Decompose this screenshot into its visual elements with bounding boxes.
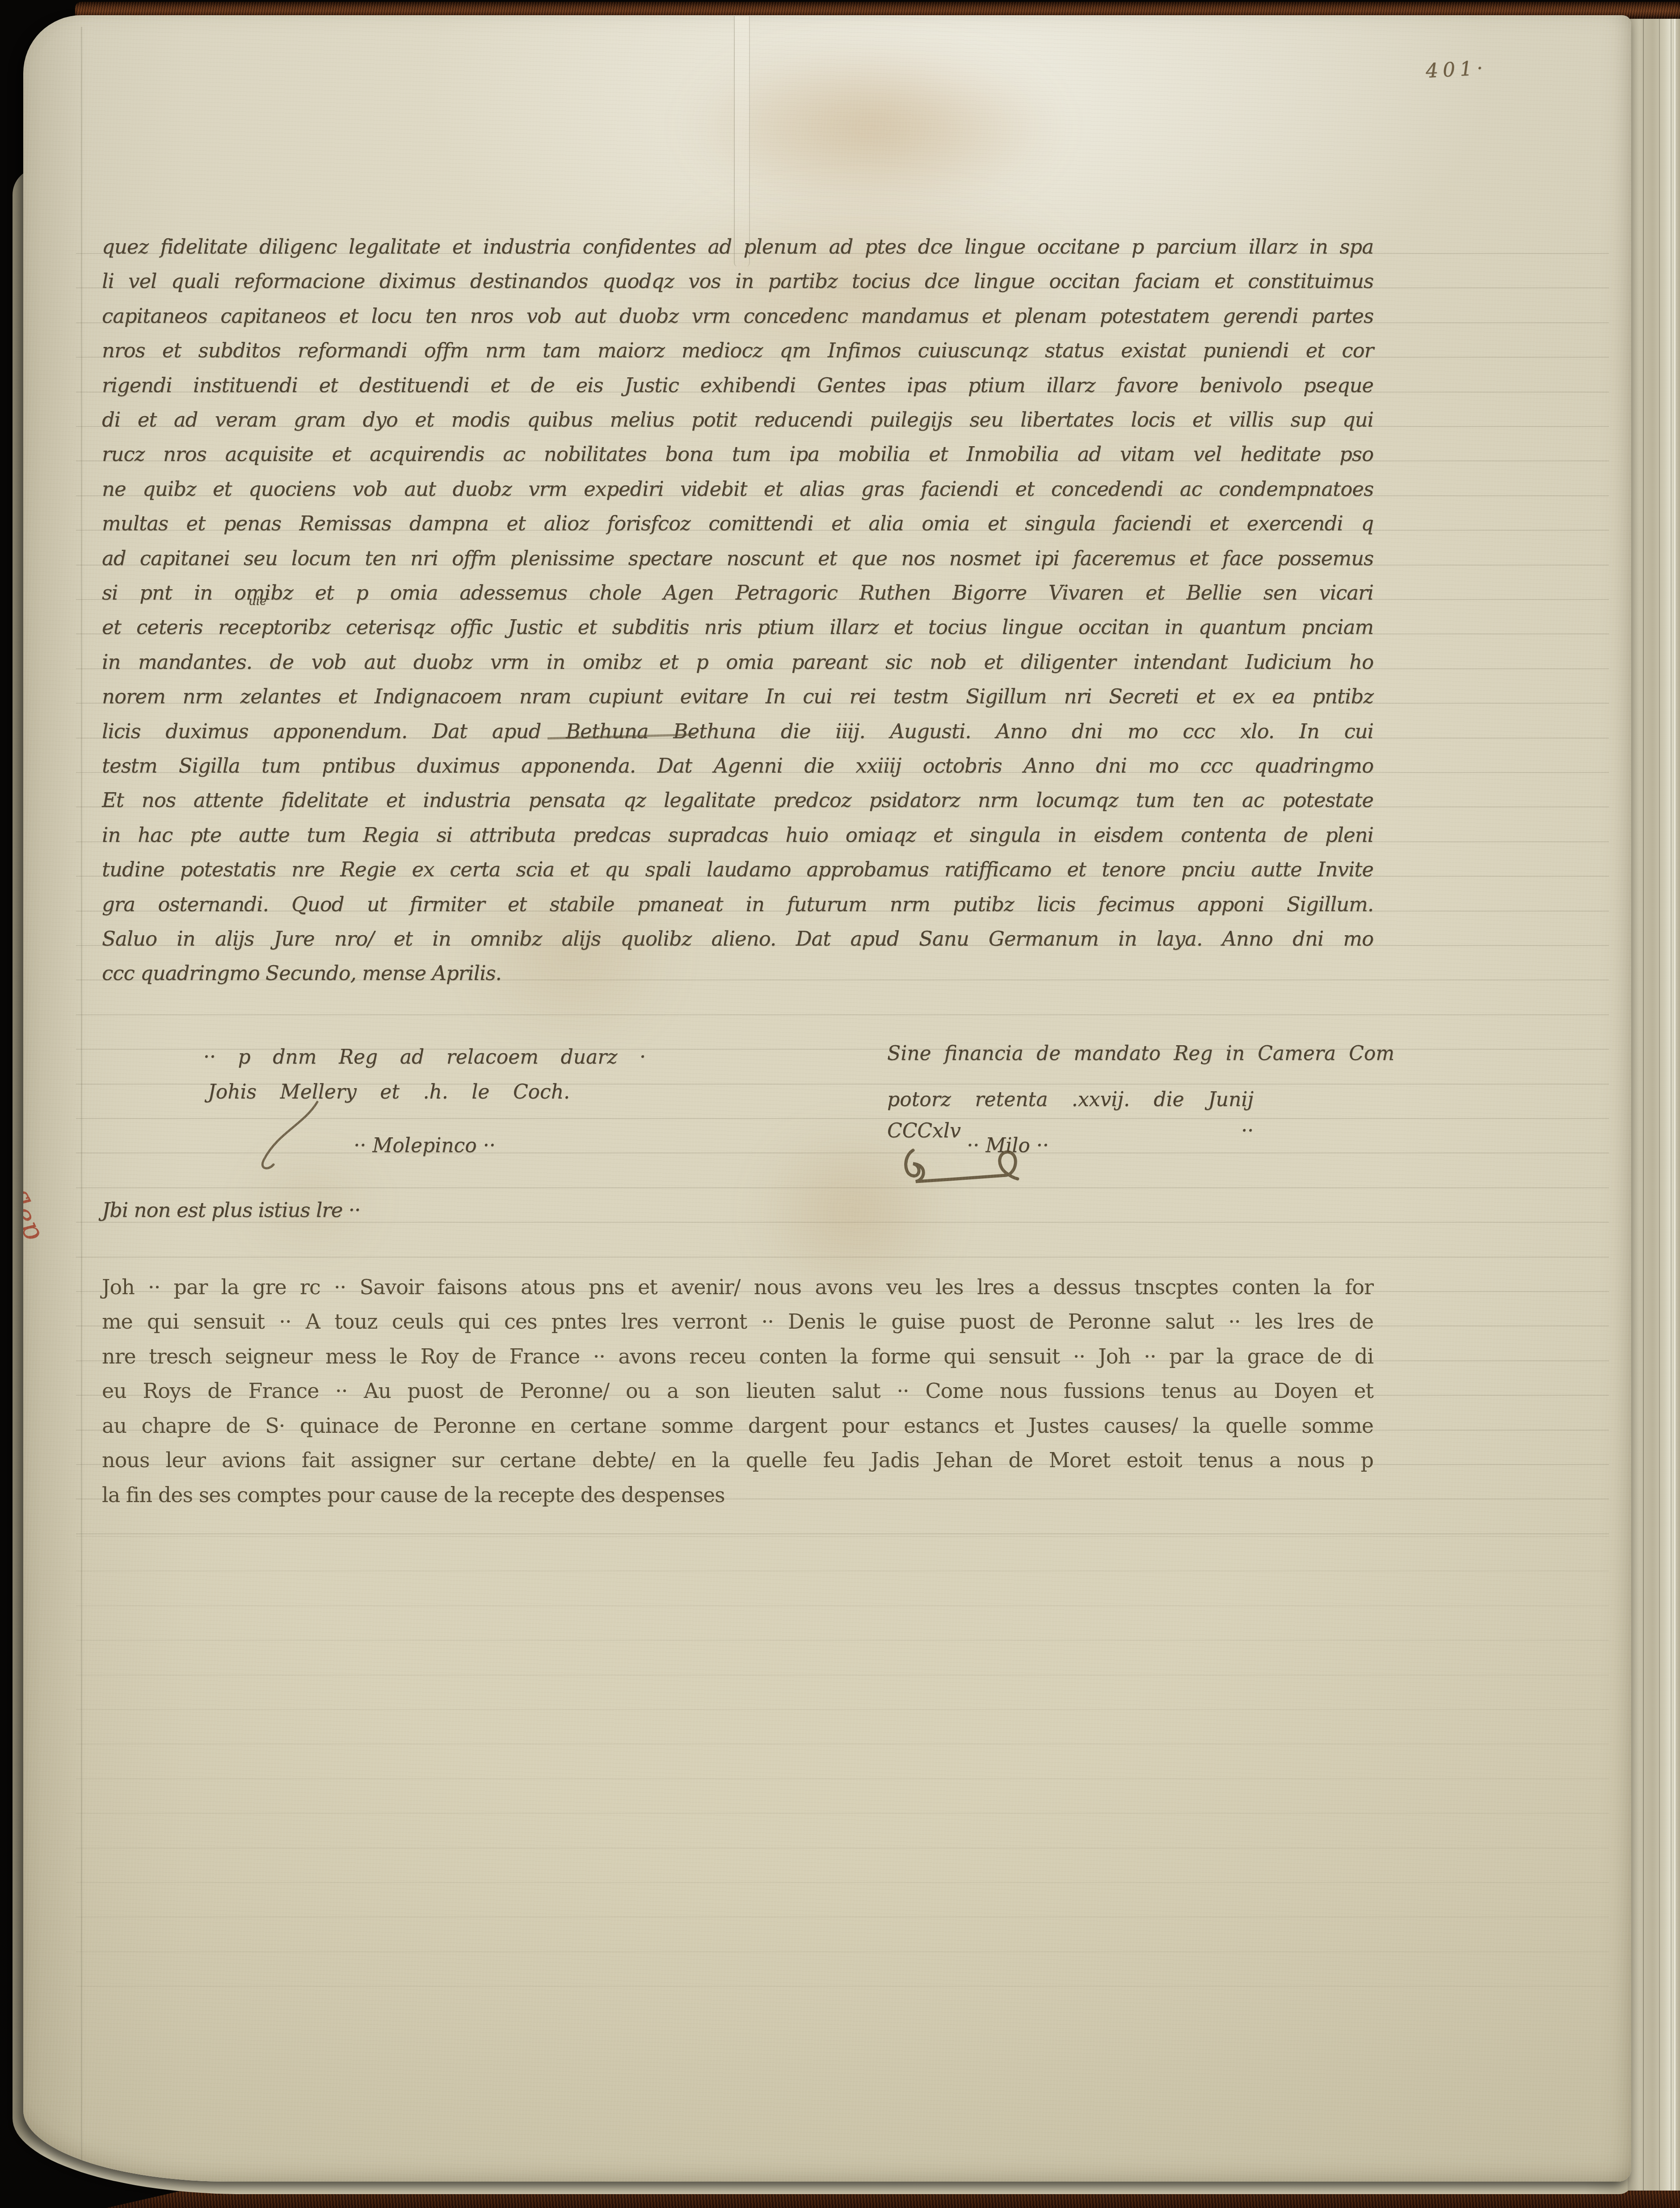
french-line: au chapre de S· quinace de Peronne en ce… [102,1408,1373,1443]
latin-line: nros et subditos reformandi offm nrm tam… [102,333,1373,368]
page-edge-line [1643,19,1644,2191]
latin-line: norem nrm zelantes et Indignacoem nram c… [102,679,1373,714]
paraph-flourish-left [250,1098,349,1174]
latin-line: testm Sigilla tum pntibus duximus appone… [102,748,1373,783]
parchment-stain [617,15,1131,243]
page-edge-line [1659,19,1660,2191]
parchment-page: 401· quez fidelitate diligenc legalitate… [23,15,1631,2182]
subscription-left-name: ·· Molepinco ·· [322,1130,527,1161]
latin-line: in mandantes. de vob aut duobz vrm in om… [102,645,1373,680]
interlinear-addition: uie [248,595,266,608]
latin-line: tudine potestatis nre Regie ex certa sci… [102,852,1373,887]
latin-line: di et ad veram gram dyo et modis quibus … [102,402,1373,437]
latin-line: in hac pte autte tum Regia si attributa … [102,818,1373,853]
latin-line: et ceteris receptoribz ceterisqz offic J… [102,610,1373,645]
folio-number: 401· [1425,56,1488,82]
latin-line: ad capitanei seu locum ten nri offm plen… [102,541,1373,576]
page-edge-line [1671,19,1672,2191]
french-line: nous leur avions fait assigner sur certa… [102,1443,1373,1478]
latin-line: quez fidelitate diligenc legalitate et i… [102,229,1373,264]
page-edge-highlight [1674,19,1676,2191]
french-line-last: la fin des ses comptes pour cause de la … [102,1478,1373,1512]
latin-line: Et nos attente fidelitate et industria p… [102,783,1373,818]
manuscript-photo: 401· quez fidelitate diligenc legalitate… [0,0,1680,2208]
latin-line: li vel quali reformacione diximus destin… [102,264,1373,299]
latin-line-last: ccc quadringmo Secundo, mense Aprilis. [102,956,1373,991]
latin-line: capitaneos capitaneos et locu ten nros v… [102,299,1373,334]
latin-line: ne quibz et quociens vob aut duobz vrm e… [102,472,1373,507]
margin-ruling-line [81,27,82,2168]
latin-line: licis duximus apponendum. Dat apud Bethu… [102,714,1373,749]
latin-line: multas et penas Remissas dampna et alioz… [102,506,1373,541]
latin-line: Saluo in alijs Jure nro/ et in omnibz al… [102,921,1373,956]
french-line: me qui sensuit ·· A touz ceuls qui ces p… [102,1304,1373,1339]
latin-line: rigendi instituendi et destituendi et de… [102,368,1373,403]
french-line: Joh ·· par la gre rc ·· Savoir faisons a… [102,1270,1373,1305]
parchment-guard-tab [734,16,750,266]
french-line: eu Roys de France ·· Au puost de Peronne… [102,1373,1373,1408]
latin-line: gra osternandi. Quod ut firmiter et stab… [102,887,1373,922]
scribe-note-line: Jbi non est plus istius lre ·· [102,1193,504,1228]
latin-line: rucz nros acquisite et acquirendis ac no… [102,437,1373,472]
right-page-edges [1628,19,1680,2191]
latin-line: si pnt in omibz et p omia adessemus chol… [102,575,1373,610]
french-line: nre tresch seigneur mess le Roy de Franc… [102,1339,1373,1374]
subscription-left-line1: ·· p dnm Reg ad relacoem duarz · [203,1042,646,1073]
subscription-right-line1: Sine financia de mandato Reg in Camera C… [887,1038,1394,1069]
red-marginal-note: ſlep [23,1183,51,1245]
paraph-flourish-right [901,1142,1044,1205]
ruling-lines-lower [76,1536,1609,2010]
